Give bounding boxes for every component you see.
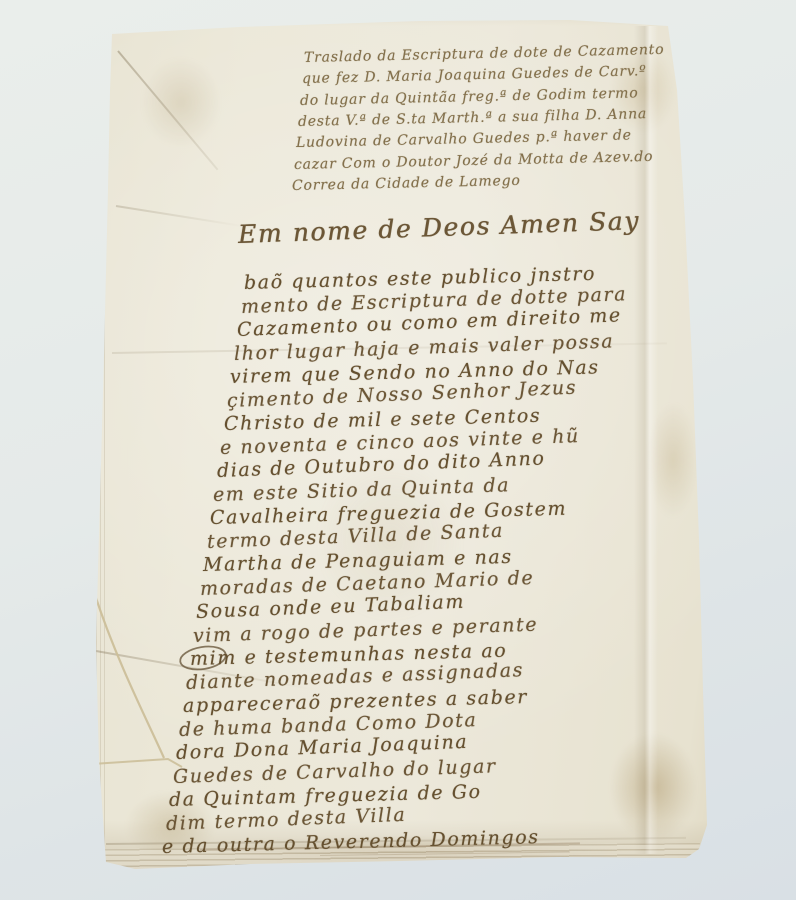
- header-note-line: desta V.ª de S.ta Marth.ª a sua filha D.…: [298, 106, 647, 130]
- manuscript-line: de huma banda Como Dota: [179, 709, 478, 741]
- sheet-stack-edges-bottom: [104, 843, 700, 871]
- manuscript-line: Sousa onde eu Tabaliam: [196, 591, 466, 623]
- manuscript-line: dias de Outubro do dito Anno: [216, 447, 545, 482]
- paper-crease: [112, 342, 667, 354]
- header-note-line: do lugar da Quintãa freg.ª de Godim term…: [300, 85, 639, 109]
- manuscript-body: baõ quantos este publico jnstromento de …: [0, 0, 796, 900]
- ink-showthrough: [200, 842, 580, 851]
- manuscript-line: dora Dona Maria Joaquina: [176, 731, 469, 764]
- header-note-line: Traslado da Escriptura de dote de Cazame…: [304, 42, 665, 66]
- photo-scene: Traslado da Escriptura de dote de Cazame…: [0, 0, 796, 900]
- header-note-line: cazar Com o Doutor Jozé da Motta de Azev…: [294, 148, 654, 172]
- manuscript-line: appareceraõ prezentes a saber: [183, 686, 529, 717]
- paper-stain: [638, 380, 708, 540]
- paper-crease: [106, 837, 686, 845]
- header-note-line: Correa da Cidade de Lamego: [292, 173, 521, 194]
- manuscript-line: da Quintam freguezia de Go: [169, 781, 482, 811]
- manuscript-paper: Traslado da Escriptura de dote de Cazame…: [0, 0, 796, 900]
- paper-stain: [126, 40, 236, 165]
- manuscript-line: dim termo desta Villa: [165, 803, 406, 834]
- manuscript-line: mim e testemunhas nesta ao: [189, 640, 507, 670]
- binding-thread: [0, 0, 796, 900]
- manuscript-line: termo desta Villa de Santa: [206, 519, 504, 552]
- paper-stain: [290, 430, 490, 650]
- manuscript-line: Christo de mil e sete Centos: [223, 405, 541, 435]
- manuscript-line: çimento de Nosso Senhor Jezus: [227, 376, 578, 411]
- manuscript-line: em este Sitio da Quinta da: [213, 474, 511, 506]
- header-note-line: que fez D. Maria Joaquina Guedes de Carv…: [302, 63, 647, 87]
- header-note: Traslado da Escriptura de dote de Cazame…: [0, 0, 796, 900]
- paper-fold-right: [634, 26, 658, 854]
- manuscript-line: lhor lugar haja e mais valer possa: [233, 330, 614, 365]
- manuscript-line: diante nomeadas e assignadas: [186, 659, 525, 694]
- manuscript-line: virem que Sendo no Anno do Nas: [230, 356, 600, 388]
- paper-vignette: [0, 0, 796, 900]
- manuscript-line: Cavalheira freguezia de Gostem: [210, 498, 568, 529]
- paper-stain: [108, 778, 233, 873]
- paper-crease: [116, 205, 245, 227]
- manuscript-line: Cazamento ou como em direito me: [237, 304, 623, 341]
- paper-crease: [96, 650, 338, 695]
- paper-stain: [598, 30, 688, 150]
- paper-stain: [596, 715, 711, 860]
- manuscript-line: Martha de Penaguiam e nas: [203, 546, 513, 576]
- paper-crease: [117, 50, 218, 170]
- manuscript-line: moradas de Caetano Mario de: [199, 566, 534, 599]
- paper-stain: [120, 834, 680, 868]
- sheet-stack-edges-left: [96, 60, 107, 860]
- manuscript-line: e noventa e cinco aos vinte e hũ: [220, 425, 581, 459]
- manuscript-line: vim a rogo de partes e perante: [193, 613, 539, 646]
- manuscript-line: Guedes de Carvalho do lugar: [172, 755, 496, 788]
- flourish-mark: [0, 0, 796, 900]
- manuscript-line: baõ quantos este publico jnstro: [244, 263, 597, 294]
- opening-heading: Em nome de Deos Amen Say: [237, 206, 640, 249]
- header-note-line: Ludovina de Carvalho Guedes p.ª haver de: [296, 128, 632, 152]
- ink-showthrough: [320, 852, 570, 856]
- manuscript-line: e da outra o Reverendo Domingos: [162, 826, 540, 858]
- manuscript-line: mento de Escriptura de dotte para: [240, 283, 627, 318]
